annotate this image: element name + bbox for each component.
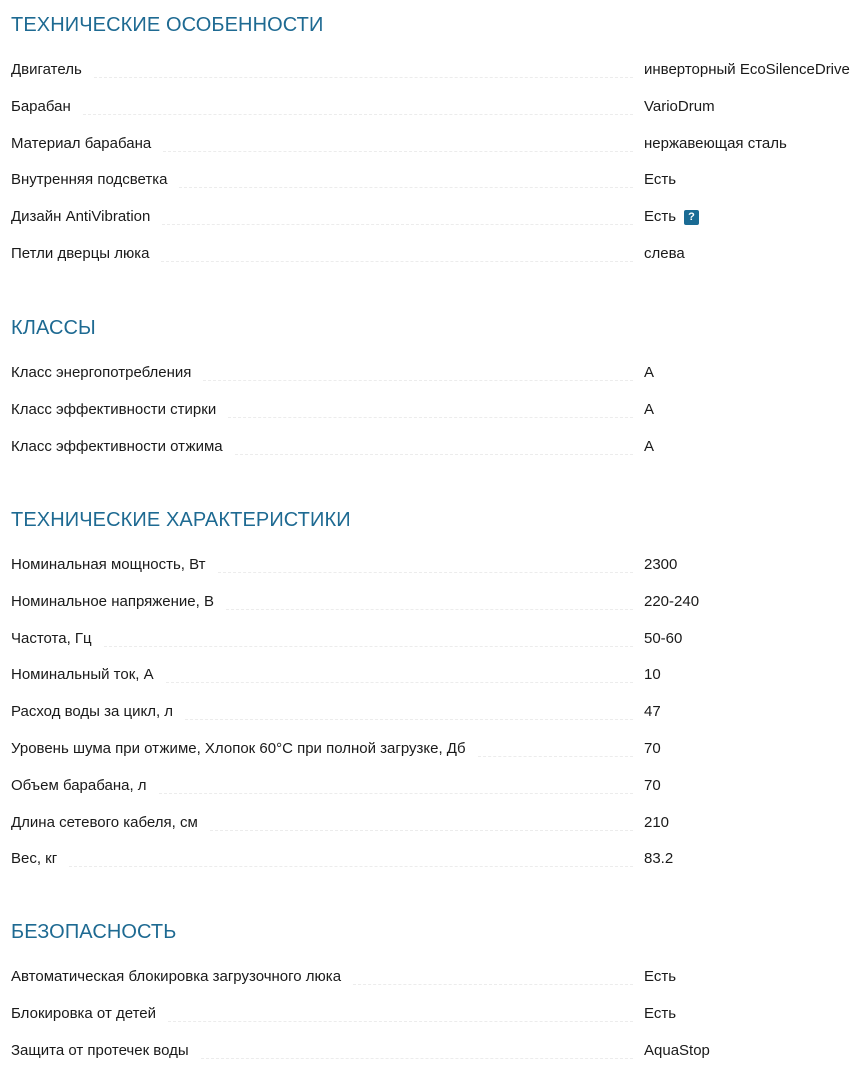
spec-value-text: 2300 (644, 556, 677, 574)
section-technical-specs: ТЕХНИЧЕСКИЕ ХАРАКТЕРИСТИКИ Номинальная м… (11, 507, 867, 887)
spec-value-text: Есть (644, 171, 676, 189)
spec-row: Класс эффективности стирки A (11, 401, 867, 438)
spec-label: Внутренняя подсветка (11, 171, 179, 189)
spec-row: Вес, кг 83.2 (11, 850, 867, 887)
spec-value-text: 70 (644, 740, 661, 758)
spec-label: Номинальное напряжение, В (11, 593, 226, 611)
dotted-leader (163, 151, 633, 152)
dotted-leader (159, 793, 633, 794)
spec-value-text: Есть (644, 1005, 676, 1023)
section-title: БЕЗОПАСНОСТЬ (11, 919, 867, 945)
spec-label: Барабан (11, 98, 83, 116)
spec-value-text: нержавеющая сталь (644, 135, 787, 153)
spec-label: Дизайн AntiVibration (11, 208, 162, 226)
spec-value: инверторный EcoSilenceDrive (644, 61, 850, 79)
dotted-leader (83, 114, 633, 115)
spec-value-text: 83.2 (644, 850, 673, 868)
spec-value: Есть? (644, 208, 699, 226)
dotted-leader (226, 609, 633, 610)
spec-row: Класс энергопотребления A (11, 364, 867, 401)
spec-row: Класс эффективности отжима A (11, 438, 867, 475)
spec-value: 2300 (644, 556, 677, 574)
spec-list: Автоматическая блокировка загрузочного л… (11, 968, 867, 1078)
spec-value-text: A (644, 364, 654, 382)
dotted-leader (228, 417, 633, 418)
spec-label: Частота, Гц (11, 630, 104, 648)
spec-value: 210 (644, 814, 669, 832)
spec-value-text: Есть (644, 968, 676, 986)
spec-row: Внутренняя подсветка Есть (11, 171, 867, 208)
dotted-leader (104, 646, 633, 647)
spec-value: 47 (644, 703, 661, 721)
spec-label: Класс эффективности стирки (11, 401, 228, 419)
spec-label: Уровень шума при отжиме, Хлопок 60°С при… (11, 740, 478, 758)
spec-label: Класс эффективности отжима (11, 438, 235, 456)
dotted-leader (185, 719, 633, 720)
dotted-leader (166, 682, 633, 683)
spec-row: Номинальное напряжение, В 220-240 (11, 593, 867, 630)
spec-row: Объем барабана, л 70 (11, 777, 867, 814)
spec-value: VarioDrum (644, 98, 715, 116)
spec-label: Автоматическая блокировка загрузочного л… (11, 968, 353, 986)
section-safety: БЕЗОПАСНОСТЬ Автоматическая блокировка з… (11, 919, 867, 1078)
spec-label: Класс энергопотребления (11, 364, 203, 382)
dotted-leader (210, 830, 633, 831)
spec-row: Частота, Гц 50-60 (11, 630, 867, 667)
spec-value-text: 220-240 (644, 593, 699, 611)
spec-value: A (644, 401, 654, 419)
section-title: ТЕХНИЧЕСКИЕ ХАРАКТЕРИСТИКИ (11, 507, 867, 533)
spec-value: 70 (644, 740, 661, 758)
spec-label: Защита от протечек воды (11, 1042, 201, 1060)
spec-value-text: A (644, 401, 654, 419)
spec-value: Есть (644, 1005, 676, 1023)
spec-label: Номинальный ток, А (11, 666, 166, 684)
spec-value: Есть (644, 171, 676, 189)
spec-row: Блокировка от детей Есть (11, 1005, 867, 1042)
spec-value-text: слева (644, 245, 685, 263)
spec-value-text: AquaStop (644, 1042, 710, 1060)
dotted-leader (203, 380, 633, 381)
section-title: КЛАССЫ (11, 315, 867, 341)
spec-row: Автоматическая блокировка загрузочного л… (11, 968, 867, 1005)
spec-value-text: 50-60 (644, 630, 682, 648)
spec-value: A (644, 364, 654, 382)
section-title: ТЕХНИЧЕСКИЕ ОСОБЕННОСТИ (11, 12, 867, 38)
spec-value: слева (644, 245, 685, 263)
spec-value: 10 (644, 666, 661, 684)
spec-value: AquaStop (644, 1042, 710, 1060)
spec-row: Длина сетевого кабеля, см 210 (11, 814, 867, 851)
dotted-leader (478, 756, 633, 757)
dotted-leader (201, 1058, 633, 1059)
spec-label: Двигатель (11, 61, 94, 79)
dotted-leader (162, 224, 633, 225)
spec-value-text: инверторный EcoSilenceDrive (644, 61, 850, 79)
dotted-leader (94, 77, 633, 78)
spec-label: Вес, кг (11, 850, 69, 868)
spec-value: 83.2 (644, 850, 673, 868)
spec-value-text: 210 (644, 814, 669, 832)
dotted-leader (168, 1021, 633, 1022)
section-technical-features: ТЕХНИЧЕСКИЕ ОСОБЕННОСТИ Двигатель инверт… (11, 12, 867, 282)
dotted-leader (69, 866, 633, 867)
spec-value: Есть (644, 968, 676, 986)
spec-list: Класс энергопотребления A Класс эффектив… (11, 364, 867, 474)
spec-value: A (644, 438, 654, 456)
spec-value: 220-240 (644, 593, 699, 611)
spec-row: Номинальная мощность, Вт 2300 (11, 556, 867, 593)
spec-row: Уровень шума при отжиме, Хлопок 60°С при… (11, 740, 867, 777)
spec-value-text: VarioDrum (644, 98, 715, 116)
spec-value-text: 70 (644, 777, 661, 795)
spec-value-text: A (644, 438, 654, 456)
spec-label: Номинальная мощность, Вт (11, 556, 218, 574)
spec-row: Дизайн AntiVibration Есть? (11, 208, 867, 245)
spec-list: Номинальная мощность, Вт 2300 Номинально… (11, 556, 867, 887)
spec-label: Блокировка от детей (11, 1005, 168, 1023)
spec-row: Двигатель инверторный EcoSilenceDrive (11, 61, 867, 98)
dotted-leader (179, 187, 633, 188)
spec-list: Двигатель инверторный EcoSilenceDrive Ба… (11, 61, 867, 282)
spec-label: Расход воды за цикл, л (11, 703, 185, 721)
spec-row: Защита от протечек воды AquaStop (11, 1042, 867, 1079)
help-question-icon[interactable]: ? (684, 210, 699, 225)
spec-row: Барабан VarioDrum (11, 98, 867, 135)
dotted-leader (218, 572, 634, 573)
dotted-leader (353, 984, 633, 985)
spec-row: Материал барабана нержавеющая сталь (11, 135, 867, 172)
spec-value-text: 10 (644, 666, 661, 684)
section-classes: КЛАССЫ Класс энергопотребления A Класс э… (11, 315, 867, 474)
spec-label: Объем барабана, л (11, 777, 159, 795)
spec-label: Материал барабана (11, 135, 163, 153)
spec-value: 50-60 (644, 630, 682, 648)
spec-row: Расход воды за цикл, л 47 (11, 703, 867, 740)
spec-value: 70 (644, 777, 661, 795)
dotted-leader (161, 261, 633, 262)
spec-label: Петли дверцы люка (11, 245, 161, 263)
spec-value: нержавеющая сталь (644, 135, 787, 153)
spec-value-text: 47 (644, 703, 661, 721)
spec-row: Номинальный ток, А 10 (11, 666, 867, 703)
spec-label: Длина сетевого кабеля, см (11, 814, 210, 832)
spec-row: Петли дверцы люка слева (11, 245, 867, 282)
spec-value-text: Есть (644, 208, 676, 226)
dotted-leader (235, 454, 633, 455)
